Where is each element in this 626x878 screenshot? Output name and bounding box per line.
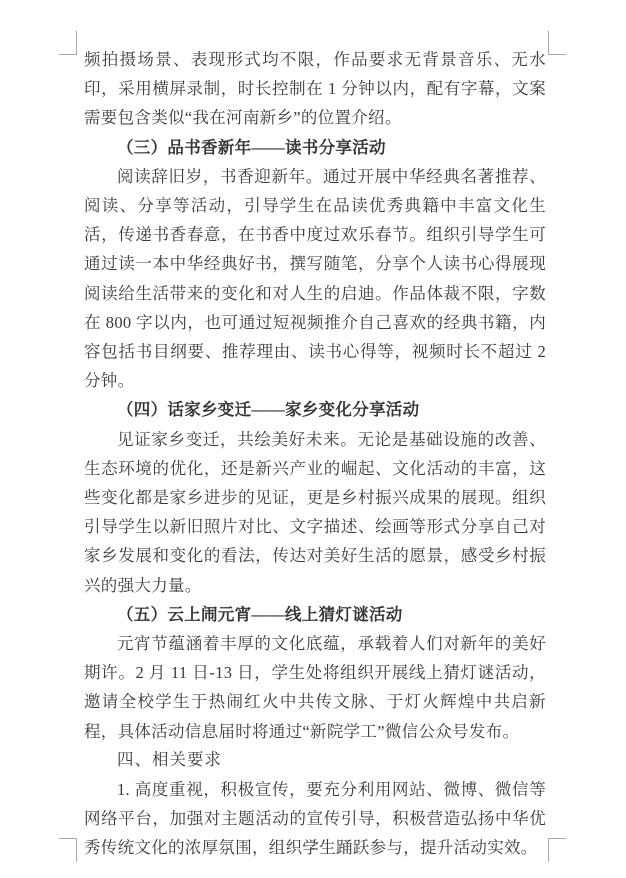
section-heading: （三）品书香新年——读书分享活动 <box>84 133 546 162</box>
paragraph: 元宵节蕴涵着丰厚的文化底蕴，承载着人们对新年的美好期许。2 月 11 日-13 … <box>84 629 546 746</box>
margin-crop-mark-top-right <box>548 31 566 55</box>
paragraph: 频拍摄场景、表现形式均不限，作品要求无背景音乐、无水印，采用横屏录制，时长控制在… <box>84 45 546 133</box>
paragraph: 见证家乡变迁，共绘美好未来。无论是基础设施的改善、生态环境的优化，还是新兴产业的… <box>84 425 546 600</box>
page-number: - 2 - <box>0 838 626 853</box>
document-body: 频拍摄场景、表现形式均不限，作品要求无背景音乐、无水印，采用横屏录制，时长控制在… <box>84 45 546 863</box>
document-page: 频拍摄场景、表现形式均不限，作品要求无背景音乐、无水印，采用横屏录制，时长控制在… <box>0 0 626 878</box>
section-heading: （四）话家乡变迁——家乡变化分享活动 <box>84 395 546 424</box>
margin-crop-mark-top-left <box>59 31 77 55</box>
section-heading: （五）云上闹元宵——线上猜灯谜活动 <box>84 600 546 629</box>
paragraph: 阅读辞旧岁，书香迎新年。通过开展中华经典名著推荐、阅读、分享等活动，引导学生在品… <box>84 162 546 396</box>
section-heading: 四、相关要求 <box>84 746 546 775</box>
